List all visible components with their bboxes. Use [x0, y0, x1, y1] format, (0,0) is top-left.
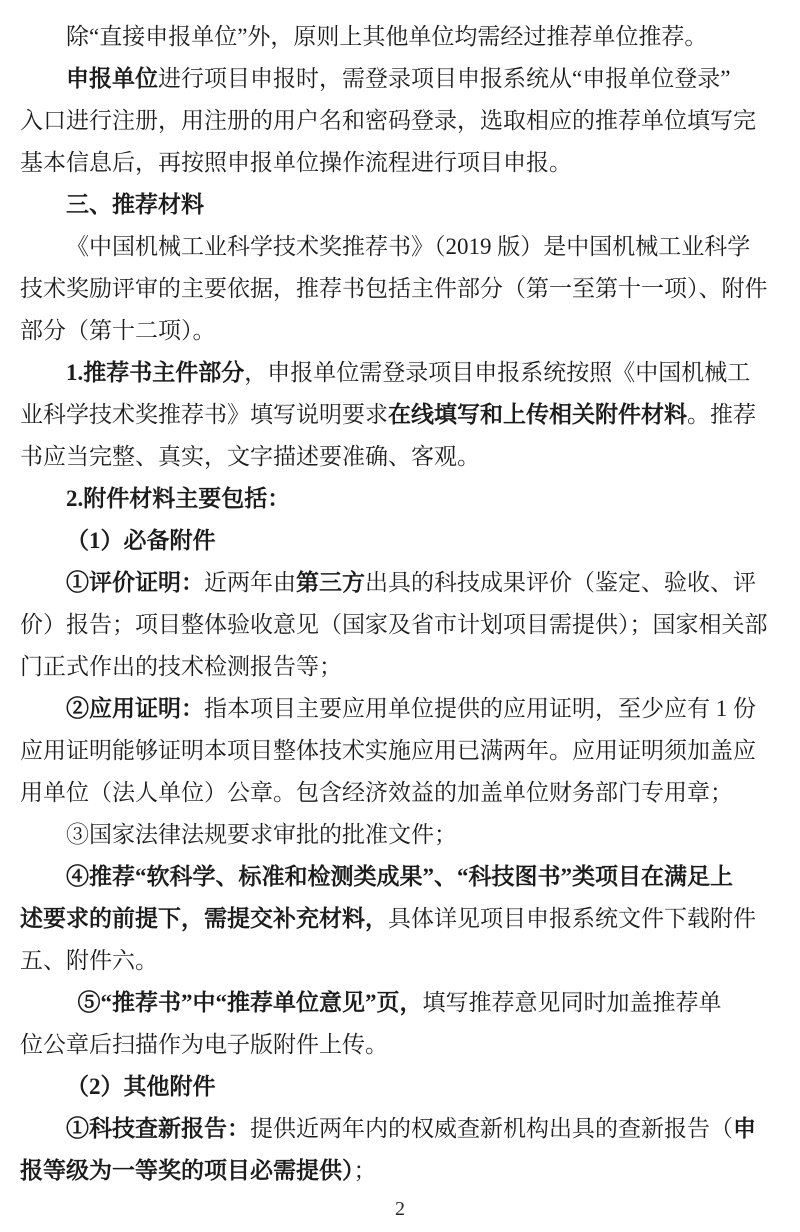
- text-segment: 技术奖励评审的主要依据，推荐书包括主件部分（第一至第十一项）、附件: [20, 276, 768, 301]
- document-body: 除“直接申报单位”外，原则上其他单位均需经过推荐单位推荐。申报单位进行项目申报时…: [20, 16, 784, 1192]
- text-segment: 门正式作出的技术检测报告等；: [20, 654, 342, 679]
- text-segment-bold: （1）必备附件: [66, 528, 216, 553]
- text-segment: 具体详见项目申报系统文件下载附件: [388, 906, 756, 931]
- text-segment-bold: ①评价证明：: [66, 570, 204, 595]
- text-line: 技术奖励评审的主要依据，推荐书包括主件部分（第一至第十一项）、附件: [20, 268, 784, 310]
- text-line: 除“直接申报单位”外，原则上其他单位均需经过推荐单位推荐。: [20, 16, 784, 58]
- text-segment-bold: 在线填写和上传相关附件材料: [388, 402, 687, 427]
- text-line: 业科学技术奖推荐书》填写说明要求在线填写和上传相关附件材料。推荐: [20, 394, 784, 436]
- text-line: 五、附件六。: [20, 940, 784, 982]
- text-line: 申报单位进行项目申报时，需登录项目申报系统从“申报单位登录”: [20, 58, 784, 100]
- text-line: 1.推荐书主件部分，申报单位需登录项目申报系统按照《中国机械工: [20, 352, 784, 394]
- text-line: 入口进行注册，用注册的用户名和密码登录，选取相应的推荐单位填写完: [20, 100, 784, 142]
- text-segment-bold: 申报单位: [66, 66, 158, 91]
- text-line: 部分（第十二项）。: [20, 310, 784, 352]
- text-segment: 书应当完整、真实，文字描述要准确、客观。: [20, 444, 480, 469]
- text-segment: 入口进行注册，用注册的用户名和密码登录，选取相应的推荐单位填写完: [20, 108, 756, 133]
- text-line: 报等级为一等奖的项目必需提供）；: [20, 1150, 784, 1192]
- text-line: ④推荐“软科学、标准和检测类成果”、“科技图书”类项目在满足上: [20, 856, 784, 898]
- text-segment: 进行项目申报时，需登录项目申报系统从“申报单位登录”: [158, 66, 730, 91]
- page-number: 2: [0, 1196, 800, 1222]
- text-segment: ，申报单位需登录项目申报系统按照《中国机械工: [244, 360, 750, 385]
- text-segment: 填写推荐意见同时加盖推荐单: [423, 990, 722, 1015]
- text-segment: 位公章后扫描作为电子版附件上传。: [20, 1032, 388, 1057]
- text-line: 位公章后扫描作为电子版附件上传。: [20, 1024, 784, 1066]
- text-segment: 出具的科技成果评价（鉴定、验收、评: [365, 570, 756, 595]
- text-segment: 。推荐: [687, 402, 756, 427]
- text-segment: 部分（第十二项）。: [20, 318, 216, 343]
- text-segment: 基本信息后，再按照申报单位操作流程进行项目申报。: [20, 150, 572, 175]
- text-segment: 提供近两年内的权威查新机构出具的查新报告（: [250, 1116, 733, 1141]
- text-segment-bold: 三、推荐材料: [66, 192, 204, 217]
- text-line: 应用证明能够证明本项目整体技术实施应用已满两年。应用证明须加盖应: [20, 730, 784, 772]
- text-line: 述要求的前提下，需提交补充材料，具体详见项目申报系统文件下载附件: [20, 898, 784, 940]
- text-segment-bold: 第三方: [296, 570, 365, 595]
- scanned-document-page: 除“直接申报单位”外，原则上其他单位均需经过推荐单位推荐。申报单位进行项目申报时…: [0, 0, 800, 1232]
- text-segment-bold: （2）其他附件: [66, 1074, 216, 1099]
- text-line: （2）其他附件: [20, 1066, 784, 1108]
- text-line: 基本信息后，再按照申报单位操作流程进行项目申报。: [20, 142, 784, 184]
- text-line: ②应用证明：指本项目主要应用单位提供的应用证明，至少应有 1 份: [20, 688, 784, 730]
- text-segment: ③国家法律法规要求审批的批准文件；: [66, 822, 457, 847]
- text-segment-bold: 申: [733, 1116, 756, 1141]
- text-line: （1）必备附件: [20, 520, 784, 562]
- text-segment: ；: [354, 1158, 377, 1183]
- text-line: ③国家法律法规要求审批的批准文件；: [20, 814, 784, 856]
- text-segment: 除“直接申报单位”外，原则上其他单位均需经过推荐单位推荐。: [66, 24, 707, 49]
- text-segment-bold: 1.推荐书主件部分: [66, 360, 244, 385]
- text-line: 书应当完整、真实，文字描述要准确、客观。: [20, 436, 784, 478]
- text-segment-bold: ①科技查新报告：: [66, 1116, 250, 1141]
- text-segment-bold: ②应用证明：: [66, 696, 204, 721]
- text-segment: 指本项目主要应用单位提供的应用证明，至少应有 1 份: [204, 696, 756, 721]
- text-line: 用单位（法人单位）公章。包含经济效益的加盖单位财务部门专用章；: [20, 772, 784, 814]
- text-segment-bold: 述要求的前提下，需提交补充材料，: [20, 906, 388, 931]
- text-line: 价）报告；项目整体验收意见（国家及省市计划项目需提供）；国家相关部: [20, 604, 784, 646]
- text-segment: 应用证明能够证明本项目整体技术实施应用已满两年。应用证明须加盖应: [20, 738, 756, 763]
- text-line: 三、推荐材料: [20, 184, 784, 226]
- text-segment: 近两年由: [204, 570, 296, 595]
- text-segment-bold: ⑤“推荐书”中“推荐单位意见”页，: [78, 990, 423, 1015]
- text-line: 《中国机械工业科学技术奖推荐书》（2019 版）是中国机械工业科学: [20, 226, 784, 268]
- text-segment: 五、附件六。: [20, 948, 158, 973]
- text-segment-bold: 2.附件材料主要包括：: [66, 486, 290, 511]
- text-segment: 用单位（法人单位）公章。包含经济效益的加盖单位财务部门专用章；: [20, 780, 733, 805]
- text-segment: 《中国机械工业科学技术奖推荐书》（2019 版）是中国机械工业科学: [66, 234, 750, 259]
- text-segment-bold: 报等级为一等奖的项目必需提供）: [20, 1158, 354, 1183]
- text-line: ①评价证明：近两年由第三方出具的科技成果评价（鉴定、验收、评: [20, 562, 784, 604]
- text-segment: 价）报告；项目整体验收意见（国家及省市计划项目需提供）；国家相关部: [20, 612, 768, 637]
- text-line: ⑤“推荐书”中“推荐单位意见”页，填写推荐意见同时加盖推荐单: [20, 982, 784, 1024]
- text-line: 门正式作出的技术检测报告等；: [20, 646, 784, 688]
- text-segment: 业科学技术奖推荐书》填写说明要求: [20, 402, 388, 427]
- text-segment-bold: ④推荐“软科学、标准和检测类成果”、“科技图书”类项目在满足上: [66, 864, 733, 889]
- text-line: ①科技查新报告：提供近两年内的权威查新机构出具的查新报告（申: [20, 1108, 784, 1150]
- text-line: 2.附件材料主要包括：: [20, 478, 784, 520]
